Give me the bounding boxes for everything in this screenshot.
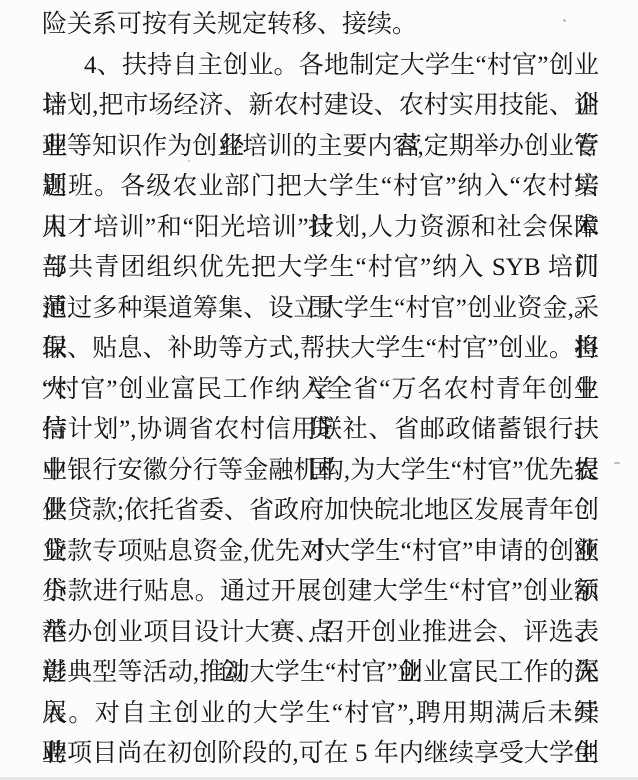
text-line: 计划,把市场经济、新农村建设、农村实用技能、企业经营管 (42, 86, 599, 127)
text-line: 进典型等活动,推动大学生“村官”创业富民工作的深入开 (42, 653, 599, 694)
text-line: 保、贴息、补助等方式,帮扶大学生“村官”创业。将大学生 (42, 329, 599, 370)
text-line: 训班。各级农业部门把大学生“村官”纳入“农村实用技术 (42, 167, 599, 208)
document-page: 险关系可按有关规定转移、接续。 4、扶持自主创业。各地制定大学生“村官”创业培训… (0, 0, 638, 780)
text-line: 人才培训”和“阳光培训”计划,人力资源和社会保障部门 (42, 208, 599, 249)
text-line: 险关系可按有关规定转移、接续。 (42, 5, 599, 46)
text-line: 举办创业项目设计大赛、召开创业推进会、评选表彰创业先 (42, 613, 599, 654)
text-line: 展。对自主创业的大学生“村官”,聘用期满后未续聘、创 (42, 694, 599, 735)
scan-speck (188, 160, 190, 162)
text-line: 通过多种渠道筹集、设立大学生“村官”创业资金,采取担 (42, 289, 599, 330)
text-line: 业项目尚在初创阶段的,可在 5 年内继续享受大学生“村 (42, 734, 599, 775)
text-line: 与共青团组织优先把大学生“村官”纳入 SYB 培训范围。 (42, 248, 599, 289)
scan-speck (614, 462, 620, 464)
scan-speck (563, 19, 566, 22)
text-line: 理等知识作为创业培训的主要内容,定期举办创业专题培 (42, 127, 599, 168)
text-line: 业银行安徽分行等金融机构,为大学生“村官”优先提供创 (42, 451, 599, 492)
text-line: 贷款专项贴息资金,优先对大学生“村官”申请的创业小额 (42, 532, 599, 573)
text-line: 持计划”,协调省农村信用联社、省邮政储蓄银行、中国农 (42, 410, 599, 451)
text-line: 贷款进行贴息。通过开展创建大学生“村官”创业示范点、 (42, 572, 599, 613)
text-line: 业贷款;依托省委、省政府加快皖北地区发展青年创业小额 (42, 491, 599, 532)
document-text-block: 险关系可按有关规定转移、接续。 4、扶持自主创业。各地制定大学生“村官”创业培训… (42, 5, 599, 775)
text-line: “村官”创业富民工作纳入全省“万名农村青年创业信贷扶 (42, 370, 599, 411)
scan-speck (416, 69, 419, 71)
text-line-section-heading: 4、扶持自主创业。各地制定大学生“村官”创业培训 (42, 46, 599, 87)
